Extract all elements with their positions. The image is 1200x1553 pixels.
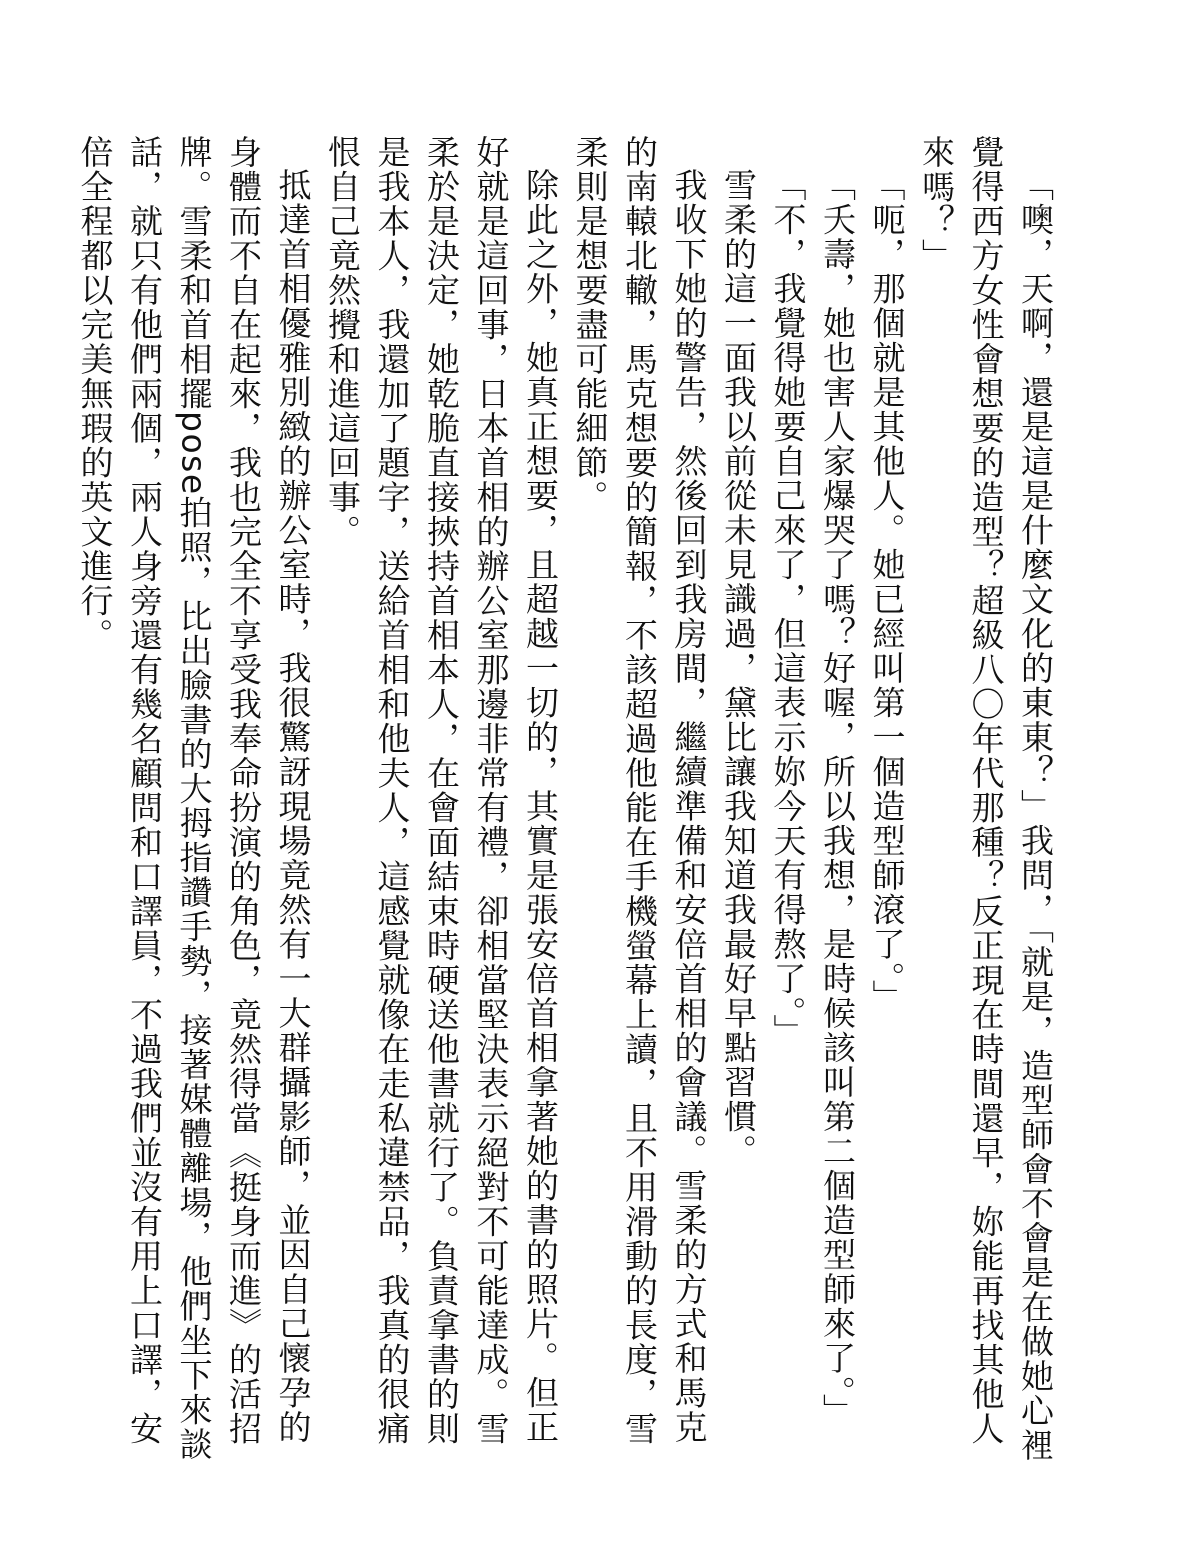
paragraph-narration-2: 我收下她的警告，然後回到我房間，繼續準備和安倍首相的會議。雪柔的方式和馬克的南轅… bbox=[565, 135, 714, 1475]
paragraph-dialogue-reply-2: 「夭壽，她也害人家爆哭了嗎？好喔，所以我想，是時候該叫第二個造型師來了。」 bbox=[813, 135, 863, 1475]
paragraph-dialogue-reply-1: 「呃，那個就是其他人。她已經叫第一個造型師滾了。」 bbox=[862, 135, 912, 1475]
paragraph-dialogue-reply-3: 「不，我覺得她要自己來了，但這表示妳今天有得熬了。」 bbox=[763, 135, 813, 1475]
paragraph-dialogue-question: 「噢，天啊，還是這是什麼文化的東東？」我問，「就是，造型師會不會是在做她心裡覺得… bbox=[912, 135, 1061, 1475]
document-page: 「噢，天啊，還是這是什麼文化的東東？」我問，「就是，造型師會不會是在做她心裡覺得… bbox=[0, 0, 1200, 1553]
paragraph-narration-3: 除此之外，她真正想要，且超越一切的，其實是張安倍首相拿著她的書的照片。但正好就是… bbox=[318, 135, 566, 1475]
vertical-text-body: 「噢，天啊，還是這是什麼文化的東東？」我問，「就是，造型師會不會是在做她心裡覺得… bbox=[70, 135, 1060, 1475]
paragraph-narration-1: 雪柔的這一面我以前從未見識過，黛比讓我知道我最好早點習慣。 bbox=[714, 135, 764, 1475]
paragraph-narration-4: 抵達首相優雅別緻的辦公室時，我很驚訝現場竟然有一大群攝影師，並因自己懷孕的身體而… bbox=[70, 135, 318, 1475]
